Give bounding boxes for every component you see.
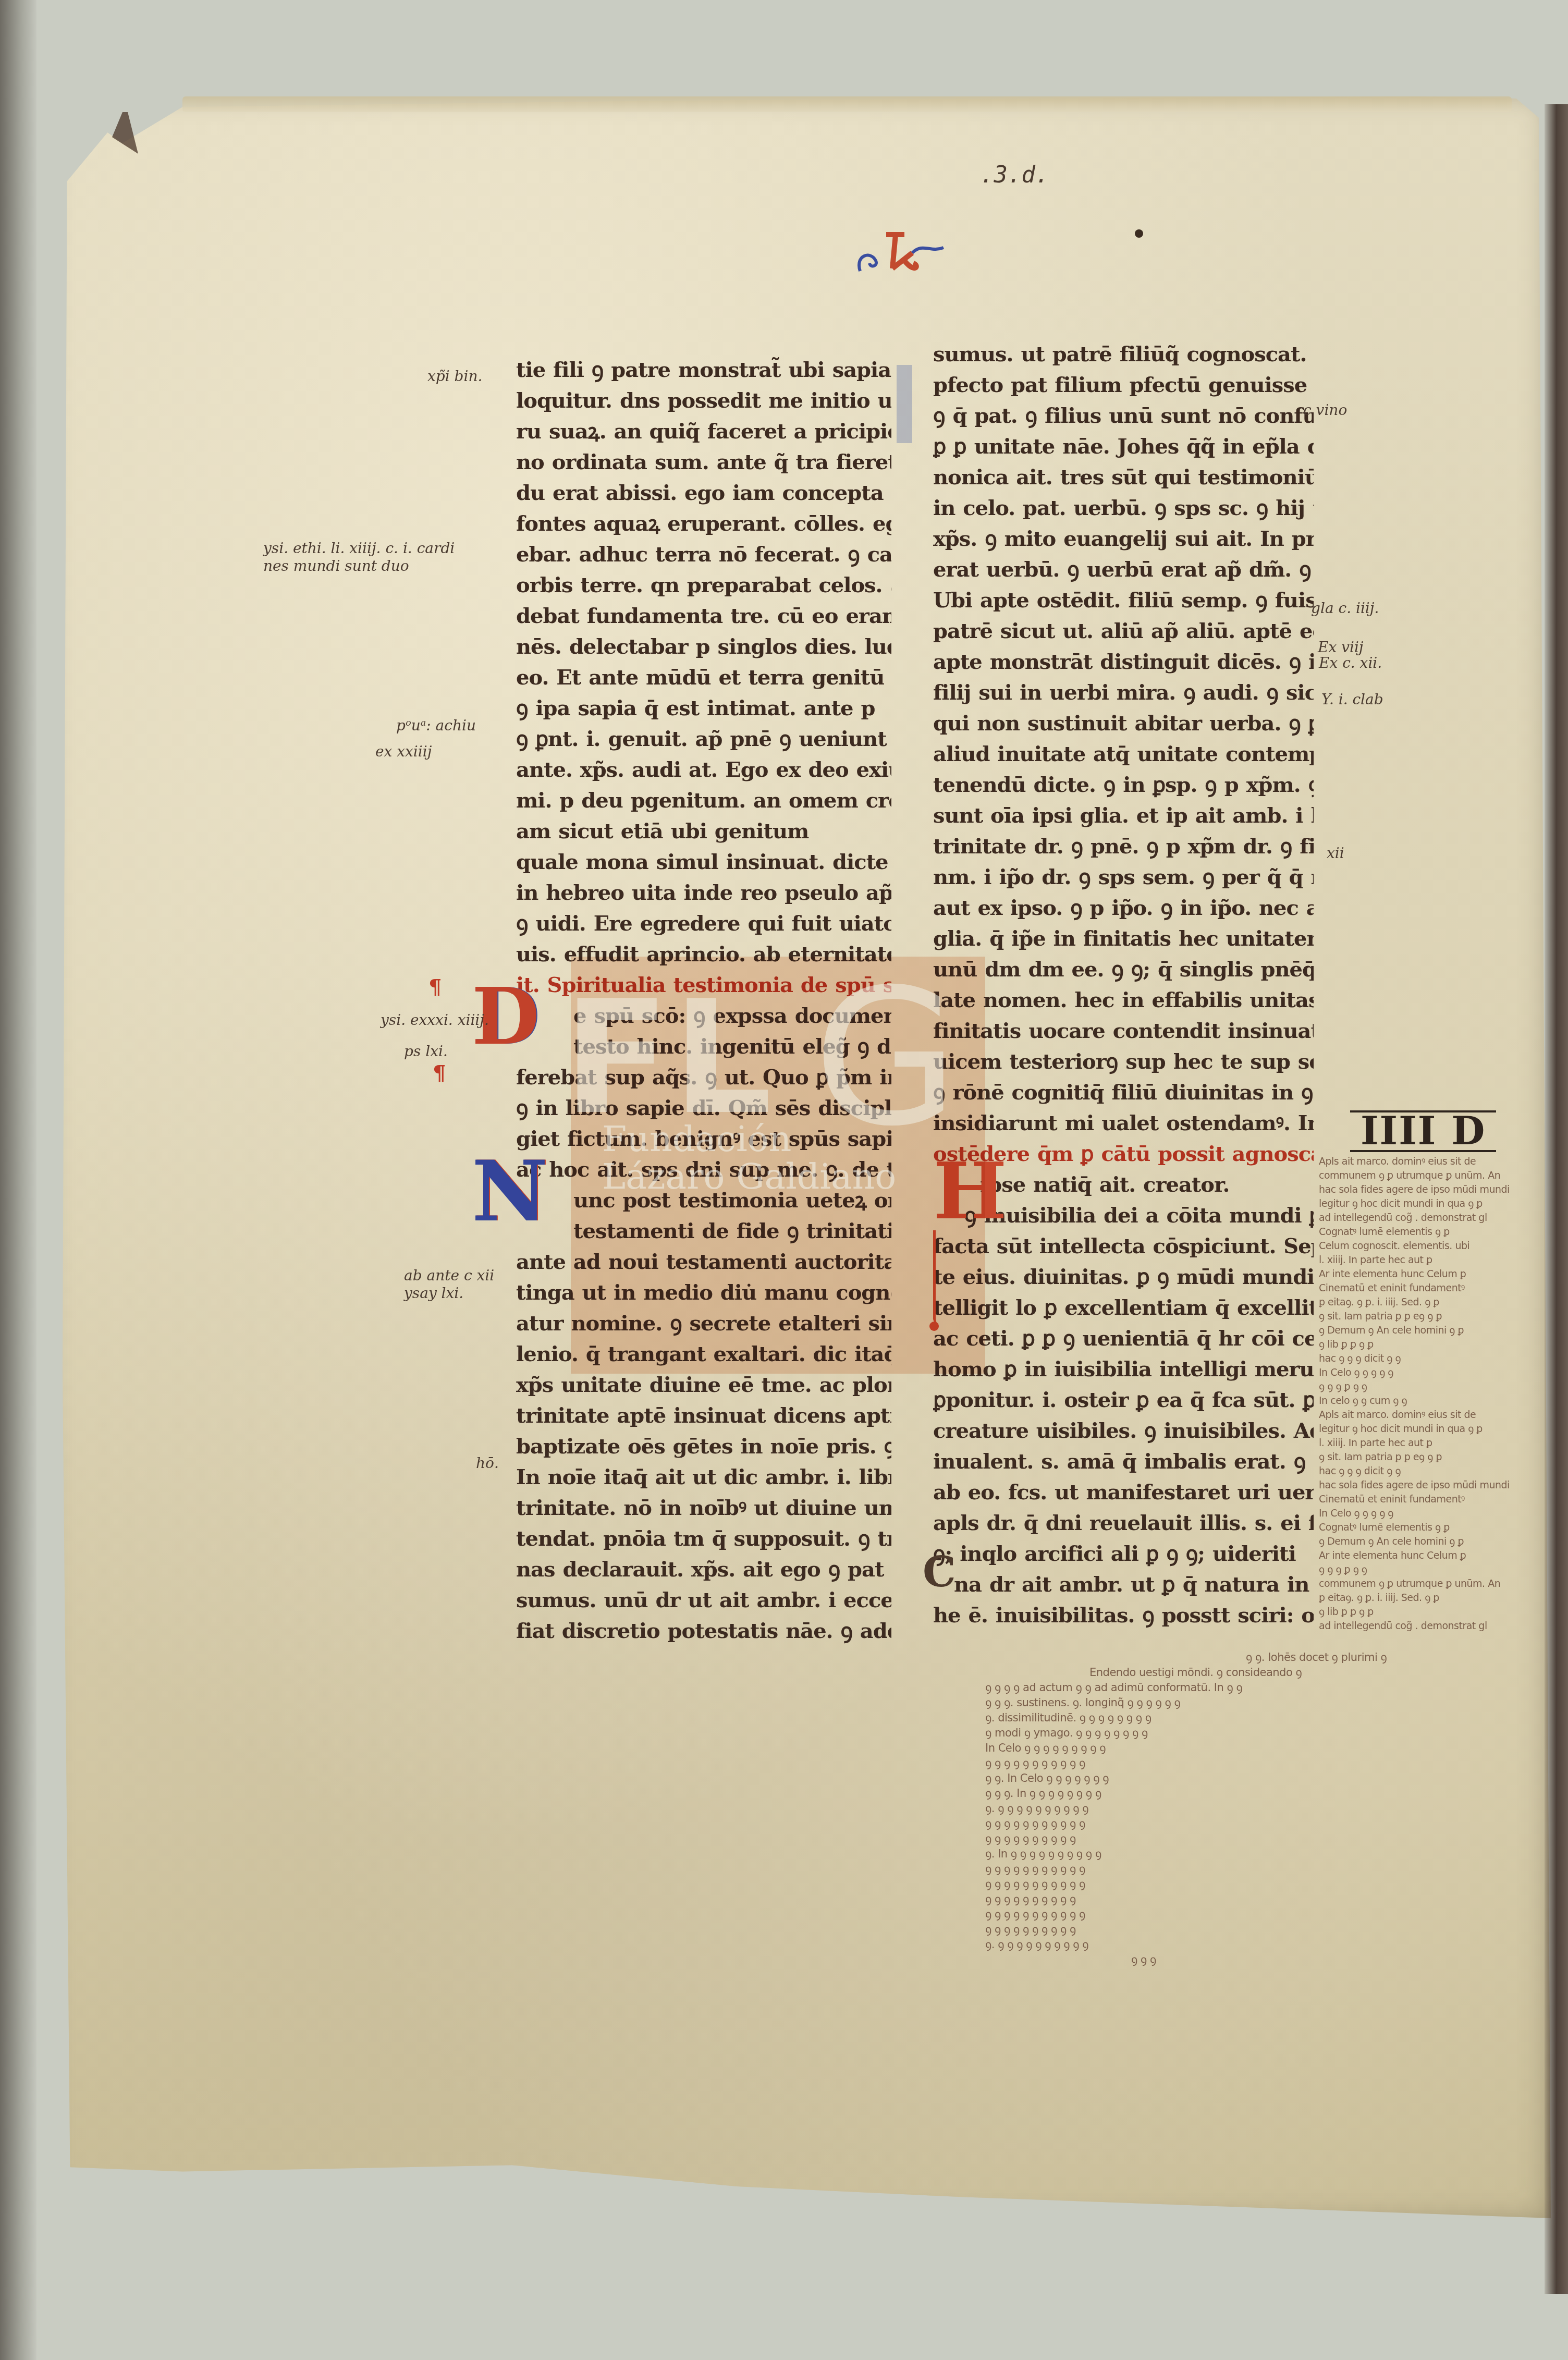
watermark-text: Fundación Lázaro Galdiano <box>602 1121 896 1196</box>
text-line: filij sui in uerbi mira. ꝯ audi. ꝯ sic d… <box>933 677 1314 708</box>
margin-note: gla c. iiij. <box>1311 600 1379 617</box>
gloss-line: ꝯ ꝯ. In Celo ꝯ ꝯ ꝯ ꝯ ꝯ ꝯ ꝯ <box>985 1771 1527 1786</box>
text-line: sunt oīa ipsi glia. et ip ait amb. i lib… <box>933 800 1314 831</box>
gloss-line: ꝯ ꝯ. Iohēs docet ꝯ plurimi ꝯ <box>985 1650 1527 1665</box>
text-line: Ubi apte ostēdit. filiū semp. ꝯ fuisse a… <box>933 585 1314 616</box>
gloss-line: Celum cognoscit. elementis. ubi <box>1319 1239 1538 1253</box>
text-column-right: sumus. ut patrē filiūq̃ cognoscat. s. ꝯ … <box>933 339 1314 1631</box>
text-line: trinitate dr. ꝯ pnē. ꝯ p xp̃m dr. ꝯ fili… <box>933 831 1314 862</box>
gutter-shadow <box>1545 104 1568 2294</box>
text-line: ac ceti. ꝑ ꝑ ꝯ uenientiā q̄ hr cōi ceatu… <box>933 1323 1314 1354</box>
text-line: he ē. inuisibilitas. ꝯ posstt sciri: op̃… <box>933 1600 1314 1631</box>
text-line: xp̃s unitate diuine eē tme. ac plonaꝝ <box>516 1369 891 1400</box>
text-line: aliud inuitate atq̄ unitate contemplativ… <box>933 739 1314 769</box>
text-line: ꝑponitur. i. osteir ꝑ ea q̄ fca sūt. ꝑ <box>933 1385 1314 1415</box>
margin-note: Ex c. xii. <box>1319 654 1382 672</box>
gloss-line: ꝯ lib ꝑ ꝑ ꝯ ꝑ <box>1319 1338 1538 1352</box>
gloss-line: l. xiiij. In parte hec aut ꝑ <box>1319 1436 1538 1450</box>
gloss-line: ꝑ eitaꝯ. ꝯ ꝑ. i. iiij. Sed. ꝯ ꝑ <box>1319 1591 1538 1605</box>
gloss-line: ꝯ Demum ꝯ An cele homini ꝯ ꝑ <box>1319 1324 1538 1338</box>
text-line: loquitur. dns possedit me initio uia <box>516 385 891 416</box>
gloss-line: ꝯ ꝯ ꝯ ꝯ ꝯ ꝯ ꝯ ꝯ ꝯ ꝯ <box>985 1922 1527 1937</box>
gloss-line: ꝯ. ꝯ ꝯ ꝯ ꝯ ꝯ ꝯ ꝯ ꝯ ꝯ ꝯ <box>985 1937 1527 1952</box>
text-line: sumus. ut patrē filiūq̃ cognoscat. s. ꝯ … <box>933 339 1314 370</box>
text-line: nēs. delectabar p singlos dies. ludens c… <box>516 631 891 662</box>
text-line: debat fundamenta tre. cū eo eram cūcta c… <box>516 601 891 631</box>
text-line: aut ex ipso. ꝯ p ip̃o. ꝯ in ip̃o. nec au… <box>933 892 1314 923</box>
gloss-line: Ar inte elementa hunc Celum ꝑ <box>1319 1549 1538 1563</box>
gloss-line: ꝯ ꝯ ꝯ ꝑ ꝯ ꝯ <box>1319 1563 1538 1577</box>
text-line: am sicut etiā ubi genitum <box>516 816 891 847</box>
gloss-line: ad intellegendū cog̃ . demonstrat gl <box>1319 1619 1538 1633</box>
gloss-line: ꝯ ꝯ ꝯ ꝯ ꝯ ꝯ ꝯ ꝯ ꝯ ꝯ ꝯ <box>985 1907 1527 1922</box>
text-line: no ordinata sum. ante q̃ tra fieret. nec <box>516 447 891 478</box>
gloss-line: communem ꝯ ꝑ utrumque ꝑ unūm. An <box>1319 1577 1538 1591</box>
gloss-line: hac ꝯ ꝯ ꝯ dicit ꝯ ꝯ <box>1319 1464 1538 1478</box>
gloss-line: l. xiiij. In parte hec aut ꝑ <box>1319 1253 1538 1267</box>
text-line: homo ꝑ in iuisibilia intelligi meruit eo <box>933 1354 1314 1385</box>
text-line: ꝯ ꝑnt. i. genuit. ap̃ pnē ꝯ ueniunt <box>516 724 891 754</box>
gloss-line: Cognatꝰ lumē elementis ꝯ ꝑ <box>1319 1521 1538 1535</box>
gloss-block-bottom: ꝯ ꝯ. Iohēs docet ꝯ plurimi ꝯ Endendo ues… <box>985 1650 1527 1967</box>
gloss-line: legitur ꝯ hoc dicit mundi in qua ꝯ ꝑ <box>1319 1422 1538 1436</box>
text-line: insidiarunt mi ualet ostendamꝰ. Imap <box>933 1108 1314 1139</box>
text-line: in celo. pat. uerbū. ꝯ sps sc. ꝯ hij tre… <box>933 493 1314 523</box>
text-line: tie fili̇ ꝯ patre monstrat̃ ubi sapia iu… <box>516 354 891 385</box>
text-line: erat uerbū. ꝯ uerbū erat ap̃ dm̃. ꝯ ds e… <box>933 554 1314 585</box>
text-line: qui non sustinuit abitar uerba. ꝯ ꝑ <box>933 708 1314 739</box>
gloss-line: ꝯ ꝯ ꝯ ꝯ ꝯ ꝯ ꝯ ꝯ ꝯ ꝯ ꝯ <box>985 1756 1527 1771</box>
margin-note: xp̃i bin. <box>427 368 482 385</box>
gloss-line: ꝯ ꝯ ꝯ ꝯ ꝯ ꝯ ꝯ ꝯ ꝯ ꝯ ꝯ <box>985 1862 1527 1877</box>
gloss-line: In Celo ꝯ ꝯ ꝯ ꝯ ꝯ <box>1319 1507 1538 1521</box>
text-line: glia. q̄ ip̃e in finitatis hec unitatem <box>933 923 1314 954</box>
gloss-line: Ar inte elementa hunc Celum ꝑ <box>1319 1267 1538 1281</box>
text-line: nas declarauit. xp̃s. ait ego ꝯ pat unū <box>516 1554 891 1585</box>
text-line: apte monstrāt distinguit dicēs. ꝯ illis … <box>933 646 1314 677</box>
gloss-line: In Celo ꝯ ꝯ ꝯ ꝯ ꝯ <box>1319 1366 1538 1380</box>
text-line: ante. xp̃s. audi at. Ego ex deo exiuī <box>516 754 891 785</box>
text-line: late nomen. hec in effabilis unitas atq̄ <box>933 985 1314 1016</box>
faded-initial-i <box>897 365 912 443</box>
gloss-line: ꝯ ꝯ ꝯ. sustinens. ꝯ. longinq̃ ꝯ ꝯ ꝯ ꝯ ꝯ … <box>985 1695 1527 1710</box>
gloss-line: ꝯ ꝯ ꝯ ꝯ ad actum ꝯ ꝯ ad adimū conformatū… <box>985 1680 1527 1695</box>
gloss-line: Cinematū et eninit fundamentꝰ <box>1319 1493 1538 1507</box>
gloss-line: communem ꝯ ꝑ utrumque ꝑ unūm. An <box>1319 1169 1538 1183</box>
gloss-line: Cognatꝰ lumē elementis ꝯ ꝑ <box>1319 1225 1538 1239</box>
text-line: ebar. adhuc terra nō fecerat. ꝯ cardines <box>516 539 891 570</box>
folio-number: .3.d. <box>980 162 1049 188</box>
text-line: na dr ait ambr. ut ꝑ q̄ natura in uisibi <box>933 1569 1314 1600</box>
margin-note: ps lxi. <box>404 1043 448 1060</box>
watermark-line-2: Lázaro Galdiano <box>602 1158 896 1196</box>
gloss-line: ꝯ. ꝯ ꝯ ꝯ ꝯ ꝯ ꝯ ꝯ ꝯ ꝯ ꝯ <box>985 1801 1527 1816</box>
gloss-line: ꝯ sit. Iam patria ꝑ ꝑ eꝯ ꝯ ꝑ <box>1319 1450 1538 1464</box>
decorated-initial-n: N <box>472 1150 548 1233</box>
text-line: orbis terre. qn preparabat celos. aderā.… <box>516 570 891 601</box>
margin-note: c vino <box>1303 401 1347 419</box>
backdrop <box>0 0 36 2360</box>
text-line: tendat. pnōia tm q̄ supposuit. ꝯ tres ee… <box>516 1523 891 1554</box>
text-line: patrē sicut ut. aliū ap̃ aliū. aptē eē <box>933 616 1314 646</box>
text-line: mi. p deu pgenitum. an omem creatur <box>516 785 891 816</box>
paragraph-mark-icon: ¶ <box>428 975 442 999</box>
text-line: ꝯ uidi. Ere egredere qui fuit uiator ꝑ <box>516 908 891 939</box>
gloss-line: ad intellegendū cog̃ . demonstrat gl <box>1319 1211 1538 1225</box>
page-top-edge <box>182 96 1512 112</box>
text-line: uicem testeriorꝯ sup hec te sup sedamꝰ. <box>933 1046 1314 1077</box>
margin-note: hō. <box>476 1454 499 1472</box>
margin-note: ab ante c xii ysay lxi. <box>404 1267 494 1302</box>
gloss-line: ꝯ ꝯ ꝯ <box>985 1952 1527 1967</box>
text-line: ꝯ rōnē cognitiq̄ filiū diuinitas in ꝯ p … <box>933 1077 1314 1108</box>
gloss-line: ꝯ. In ꝯ ꝯ ꝯ ꝯ ꝯ ꝯ ꝯ ꝯ ꝯ ꝯ <box>985 1847 1527 1862</box>
text-line: te eius. diuinitas. ꝑ ꝯ mūdi mundi in <box>933 1262 1314 1292</box>
text-line: ru suaꝝ. an quiq̃ faceret a pricipio. ab… <box>516 416 891 447</box>
text-line: In noīe itaq̄ ait ut dic ambr. i. libro.… <box>516 1462 891 1493</box>
gloss-line: ꝯ lib ꝑ ꝑ ꝯ ꝑ <box>1319 1605 1538 1619</box>
gloss-line: ꝯ ꝯ ꝯ ꝑ ꝯ ꝯ <box>1319 1380 1538 1394</box>
initial-c: C <box>923 1551 956 1593</box>
gloss-line: ꝯ. dissimilitudinē. ꝯ ꝯ ꝯ ꝯ ꝯ ꝯ ꝯ ꝯ <box>985 1710 1527 1726</box>
gloss-line: ꝯ ꝯ ꝯ ꝯ ꝯ ꝯ ꝯ ꝯ ꝯ ꝯ ꝯ <box>985 1877 1527 1892</box>
text-line: finitatis uocare contendit insinuat. in <box>933 1016 1314 1046</box>
text-line: ꝯ ipa sapia q̄ est intimat. ante p <box>516 693 891 724</box>
quire-marker: IIII D <box>1350 1110 1496 1152</box>
margin-note: ex xxiiij <box>375 743 432 761</box>
gloss-line: legitur ꝯ hoc dicit mundi in qua ꝯ ꝑ <box>1319 1197 1538 1211</box>
margin-note: Ex viij <box>1318 639 1364 656</box>
text-line: eo. Et ante mūdū et terra genitū testatu… <box>516 662 891 693</box>
text-line: du erat abissi. ego iam concepta eram. n… <box>516 478 891 508</box>
text-line: baptizate oēs gētes in noīe pris. ꝯ fili… <box>516 1431 891 1462</box>
text-line: trinitate. nō in noībꝰ ut diuine unitas … <box>516 1493 891 1523</box>
gloss-line: Endendo uestigi mōndi. ꝯ consideando ꝯ <box>985 1665 1527 1680</box>
gloss-line: ꝯ Demum ꝯ An cele homini ꝯ ꝑ <box>1319 1535 1538 1549</box>
gloss-line: ꝯ sit. Iam patria ꝑ ꝑ eꝯ ꝯ ꝑ <box>1319 1310 1538 1324</box>
text-line: nm. i ip̃o dr. ꝯ sps sem. ꝯ per q̃ q̄ no <box>933 862 1314 892</box>
watermark-monogram-l: L <box>672 980 772 1136</box>
text-line: fiat discretio potestatis nāe. ꝯ addidit <box>516 1616 891 1646</box>
text-line: in hebreo uita inde reo pseulo ap̃i in <box>516 877 891 908</box>
margin-note: pᵒuᵃ: achiu <box>396 717 476 735</box>
gloss-line: Cinematū et eninit fundamentꝰ <box>1319 1281 1538 1295</box>
gloss-block-right: Apls ait marco. dominꝰ eius sit de commu… <box>1319 1155 1538 1633</box>
ink-dot <box>1135 229 1143 238</box>
gloss-line: Apls ait marco. dominꝰ eius sit de <box>1319 1155 1538 1169</box>
text-line: ab eo. fcs. ut manifestaret uri ueritatē… <box>933 1477 1314 1508</box>
gloss-line: ꝯ modi ꝯ ymago. ꝯ ꝯ ꝯ ꝯ ꝯ ꝯ ꝯ ꝯ <box>985 1726 1527 1741</box>
text-line: telligit lo ꝑ excellentiam q̄ excellit i… <box>933 1292 1314 1323</box>
text-line: tenendū dicte. ꝯ in ꝑsp. ꝯ p xp̃m. ꝯ ips… <box>933 769 1314 800</box>
watermark-monogram-f: F <box>563 980 670 1136</box>
text-line: ꝯ; inqlo arcifici ali ꝑ ꝯ ꝯ; uideriti <box>933 1538 1314 1569</box>
text-line: nonica ait. tres sūt qui testimoniū dāt <box>933 462 1314 493</box>
gloss-line: ꝯ ꝯ ꝯ ꝯ ꝯ ꝯ ꝯ ꝯ ꝯ ꝯ ꝯ <box>985 1816 1527 1831</box>
text-line: sumus. unū dr ut ait ambr. i ecce libro … <box>516 1585 891 1616</box>
text-line: xp̃s. ꝯ mito euangelij sui ait. In princ… <box>933 523 1314 554</box>
text-line: apls dr. q̄ dni reuelauit illis. s. ei f… <box>933 1508 1314 1538</box>
margin-note: ysi. ethi. li. xiiij. c. i. cardi nes mu… <box>263 540 455 575</box>
text-line: unū dm dm ee. ꝯ ꝯ; q̄ singlis pnēq̄ sit <box>933 954 1314 985</box>
margin-note: ysi. exxxi. xiiij. <box>381 1011 489 1029</box>
top-ornament-icon <box>855 224 949 282</box>
text-line: fontes aquaꝝ eruperant. cōlles. ego ptur… <box>516 508 891 539</box>
gloss-line: hac sola fides agere de ipso mūdi mundi <box>1319 1183 1538 1197</box>
gloss-line: ꝯ ꝯ ꝯ ꝯ ꝯ ꝯ ꝯ ꝯ ꝯ ꝯ <box>985 1831 1527 1847</box>
gloss-line: ꝑ eitaꝯ. ꝯ ꝑ. i. iiij. Sed. ꝯ ꝑ <box>1319 1295 1538 1310</box>
gloss-line: Apls ait marco. dominꝰ eius sit de <box>1319 1408 1538 1422</box>
watermark-line-1: Fundación <box>602 1121 896 1158</box>
paragraph-mark-icon: ¶ <box>433 1061 446 1085</box>
text-line: inualent. s. amā q̄ imbalis erat. ꝯ ab o… <box>933 1446 1314 1477</box>
gloss-line: ꝯ ꝯ ꝯ ꝯ ꝯ ꝯ ꝯ ꝯ ꝯ ꝯ <box>985 1892 1527 1907</box>
text-line: trinitate aptē insinuat dicens aptis. It… <box>516 1400 891 1431</box>
margin-note: xii <box>1327 845 1344 862</box>
text-line: ꝯ q̄ pat. ꝯ filius unū sunt nō confusion… <box>933 400 1314 431</box>
gloss-line: In celo ꝯ ꝯ cum ꝯ ꝯ <box>1319 1394 1538 1408</box>
text-line: creature uisibiles. ꝯ inuisibiles. Adiol… <box>933 1415 1314 1446</box>
text-line: pfecto pat filium pfectū genuisse credat… <box>933 370 1314 400</box>
gloss-line: hac sola fides agere de ipso mūdi mundi <box>1319 1478 1538 1493</box>
gloss-line: hac ꝯ ꝯ ꝯ dicit ꝯ ꝯ <box>1319 1352 1538 1366</box>
margin-note: Y. i. clab <box>1321 691 1383 708</box>
gloss-line: In Celo ꝯ ꝯ ꝯ ꝯ ꝯ ꝯ ꝯ ꝯ ꝯ <box>985 1741 1527 1756</box>
text-line: ꝑ ꝑ unitate nāe. Johes q̄q̃ in ep̃la ca <box>933 431 1314 462</box>
text-line: quale mona simul insinuat. dicte et <box>516 847 891 877</box>
gloss-line: ꝯ ꝯ ꝯ. In ꝯ ꝯ ꝯ ꝯ ꝯ ꝯ ꝯ ꝯ <box>985 1786 1527 1801</box>
